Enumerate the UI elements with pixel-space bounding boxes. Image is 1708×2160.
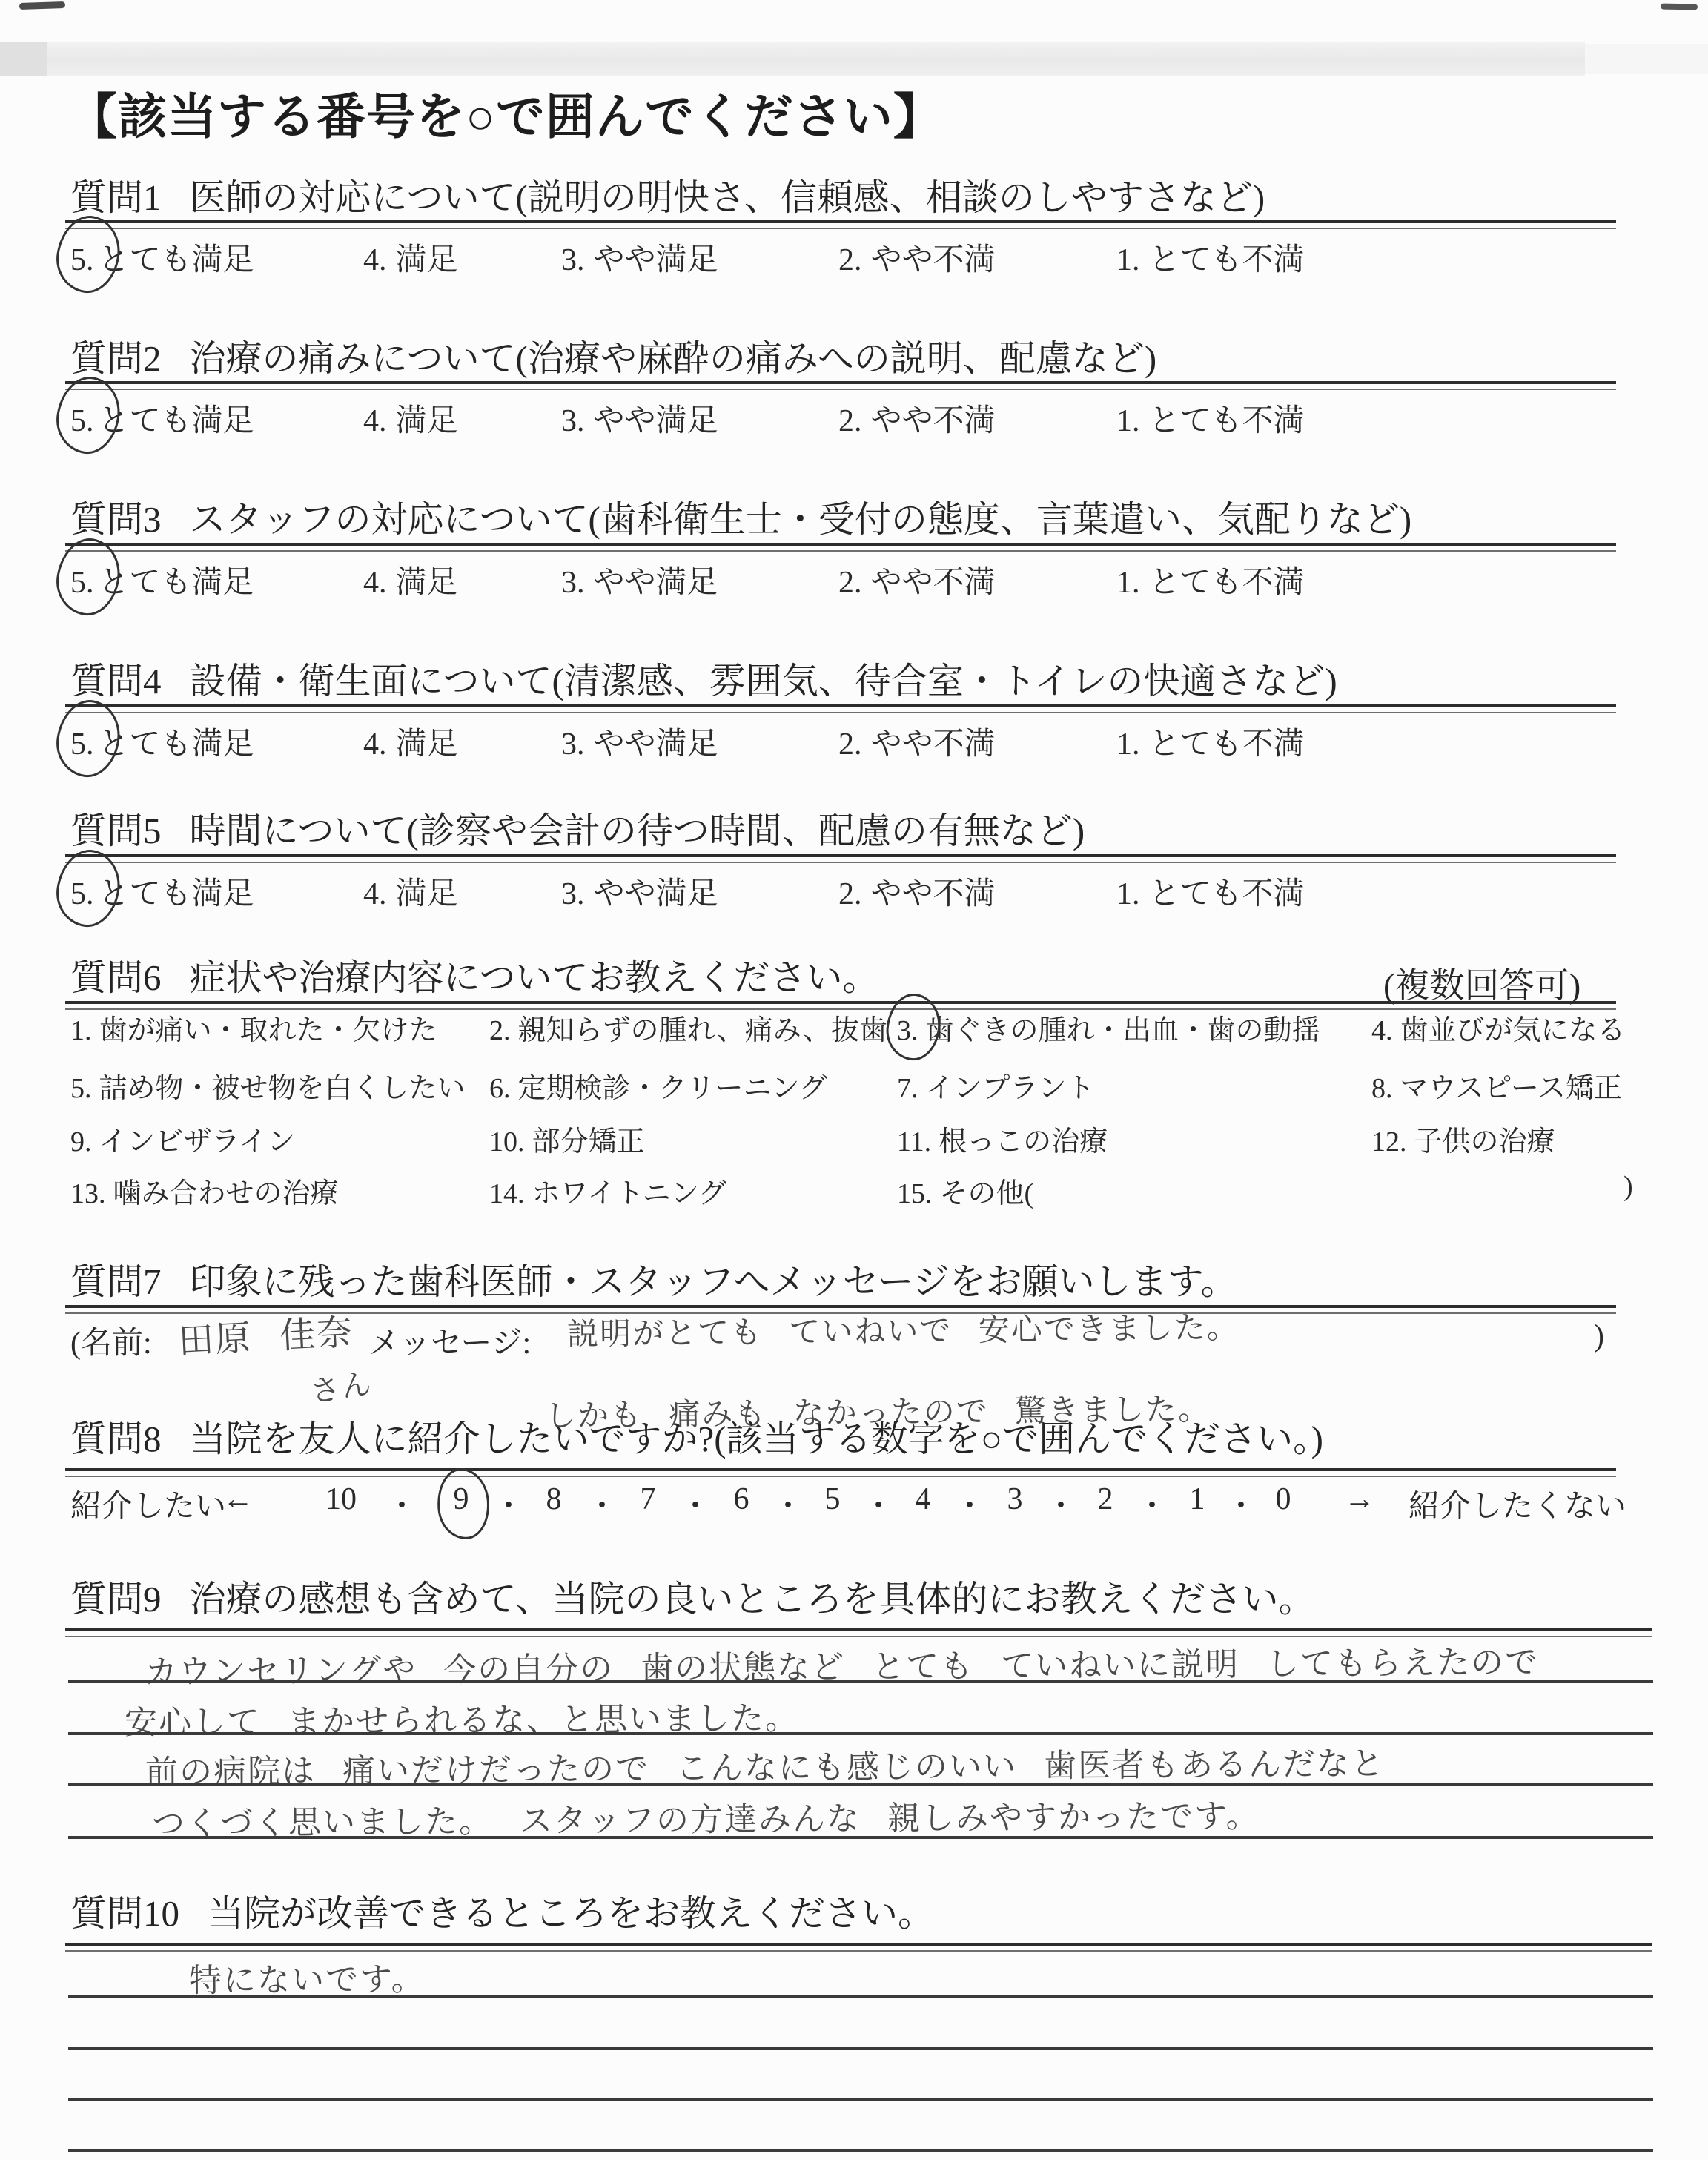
- option-number: 4.: [363, 243, 387, 277]
- option-number: 4.: [363, 877, 387, 911]
- symptom-item-9: 9.インビザライン: [70, 1118, 295, 1159]
- option-4-satisfied: 4.満足: [363, 235, 458, 280]
- option-label: 満足: [396, 243, 458, 277]
- item-label: インビザライン: [99, 1126, 296, 1157]
- option-label: とても満足: [99, 877, 254, 911]
- item-label: 詰め物・被せ物を白くしたい: [99, 1073, 466, 1104]
- question-7-heading: 質問7印象に残った歯科医師・スタッフへメッセージをお願いします。: [70, 1261, 1237, 1304]
- option-label: とても不満: [1149, 727, 1305, 762]
- item-label: 歯ぐきの腫れ・出血・歯の動揺: [926, 1015, 1320, 1046]
- question-10-text: 当院が改善できるところをお教えください。: [208, 1893, 934, 1934]
- question-6-row-2: 5.詰め物・被せ物を白くしたい 6.定期検診・クリーニング 7.インプラント 8…: [70, 1065, 1664, 1106]
- item-number: 12.: [1371, 1126, 1407, 1157]
- option-1-very-dissatisfied: 1.とても不満: [1116, 396, 1305, 440]
- question-1-rule: [65, 220, 1616, 229]
- item-label: 根っこの治療: [939, 1126, 1108, 1157]
- option-label: とても満足: [99, 727, 254, 762]
- name-field-prefix: (名前:: [70, 1318, 152, 1363]
- question-2-options: 5.とても満足 4.満足 3.やや満足 2.やや不満 1.とても不満: [70, 396, 1642, 448]
- left-arrow-icon: ←: [222, 1482, 254, 1517]
- option-5-very-satisfied: 5.とても満足: [70, 396, 254, 440]
- option-label: やや不満: [871, 404, 996, 438]
- option-label: やや不満: [871, 727, 996, 762]
- symptom-item-14: 14.ホワイトニング: [489, 1170, 726, 1211]
- question-8-label: 質問8: [70, 1418, 162, 1459]
- item-number: 10.: [489, 1126, 525, 1157]
- question-9-heading: 質問9治療の感想も含めて、当院の良いところを具体的にお教えください。: [70, 1578, 1315, 1622]
- question-3-options: 5.とても満足 4.満足 3.やや満足 2.やや不満 1.とても不満: [70, 558, 1642, 610]
- scan-artifact-edge: [0, 42, 47, 76]
- option-3-somewhat-satisfied: 3.やや満足: [561, 396, 718, 440]
- option-label: とても満足: [99, 566, 254, 600]
- question-5-label: 質問5: [70, 810, 162, 851]
- answer-rule: [68, 1680, 1653, 1683]
- question-6-row-3: 9.インビザライン 10.部分矯正 11.根っこの治療 12.子供の治療: [70, 1118, 1664, 1160]
- answer-rule: [68, 1732, 1653, 1735]
- item-label: マウスピース矯正: [1400, 1073, 1622, 1104]
- question-8-rule: [65, 1468, 1616, 1477]
- option-1-very-dissatisfied: 1.とても不満: [1116, 869, 1305, 914]
- option-4-satisfied: 4.満足: [363, 869, 458, 914]
- item-label: インプラント: [926, 1073, 1095, 1104]
- option-number: 5.: [70, 243, 94, 277]
- symptom-item-11: 11.根っこの治療: [897, 1118, 1108, 1159]
- question-6-row-4: 13.噛み合わせの治療 14.ホワイトニング 15.その他( ): [70, 1170, 1664, 1212]
- question-9-text: 治療の感想も含めて、当院の良いところを具体的にお教えください。: [190, 1579, 1315, 1619]
- item-number: 7.: [897, 1073, 918, 1104]
- question-10-rule: [65, 1943, 1652, 1952]
- option-label: 満足: [396, 877, 458, 911]
- item-number: 8.: [1371, 1073, 1393, 1104]
- question-6-label: 質問6: [70, 957, 162, 998]
- symptom-item-1: 1.歯が痛い・取れた・欠けた: [70, 1007, 437, 1048]
- item-number: 14.: [489, 1178, 525, 1209]
- item-number: 5.: [70, 1073, 92, 1104]
- option-3-somewhat-satisfied: 3.やや満足: [561, 869, 718, 914]
- option-number: 1.: [1116, 877, 1140, 911]
- question-9-label: 質問9: [70, 1579, 162, 1619]
- item-label: 部分矯正: [532, 1126, 645, 1157]
- question-4-options: 5.とても満足 4.満足 3.やや満足 2.やや不満 1.とても不満: [70, 719, 1642, 771]
- page-title: 【該当する番号を○で囲んでください】: [68, 77, 943, 148]
- item-number: 9.: [70, 1126, 92, 1157]
- scale-dot: ・: [772, 1482, 802, 1526]
- question-4-label: 質問4: [70, 661, 162, 701]
- option-2-somewhat-dissatisfied: 2.やや不満: [838, 719, 996, 764]
- question-2-rule: [65, 381, 1616, 390]
- option-label: とても不満: [1149, 243, 1305, 277]
- scale-number-text: 9: [454, 1482, 469, 1516]
- scale-number-2: 2: [1072, 1482, 1139, 1517]
- option-number: 4.: [363, 404, 387, 438]
- scan-corner-mark-right: [1661, 4, 1698, 10]
- question-6-heading: 質問6症状や治療内容についてお教えください。: [70, 957, 879, 1000]
- question-5-rule: [65, 854, 1616, 863]
- scale-dot: ・: [586, 1482, 616, 1526]
- option-number: 3.: [561, 727, 585, 762]
- option-5-very-satisfied: 5.とても満足: [70, 869, 254, 914]
- option-number: 3.: [561, 877, 585, 911]
- option-4-satisfied: 4.満足: [363, 396, 458, 440]
- question-2-label: 質問2: [70, 338, 162, 379]
- item-number: 1.: [70, 1015, 92, 1046]
- option-5-very-satisfied: 5.とても満足: [70, 235, 254, 280]
- option-number: 3.: [561, 404, 585, 438]
- option-label: 満足: [396, 566, 458, 600]
- scale-number-6: 6: [708, 1482, 775, 1517]
- question-3-text: スタッフの対応について(歯科衛生士・受付の態度、言葉遣い、気配りなど): [190, 499, 1412, 540]
- answer-rule: [68, 2098, 1653, 2101]
- option-label: やや満足: [594, 404, 718, 438]
- message-field-label: メッセージ:: [368, 1318, 531, 1363]
- item-number: 13.: [70, 1178, 106, 1209]
- question-5-heading: 質問5時間について(診察や会計の待つ時間、配慮の有無など): [70, 810, 1085, 853]
- item-number: 2.: [489, 1015, 511, 1046]
- item-label: 歯が痛い・取れた・欠けた: [99, 1015, 437, 1046]
- scale-dot: ・: [680, 1482, 709, 1526]
- question-7-text: 印象に残った歯科医師・スタッフへメッセージをお願いします。: [190, 1261, 1237, 1302]
- option-1-very-dissatisfied: 1.とても不満: [1116, 719, 1305, 764]
- right-arrow-icon: →: [1344, 1482, 1375, 1517]
- option-label: やや満足: [594, 727, 718, 762]
- option-label: 満足: [396, 727, 458, 762]
- symptom-item-15-other: 15.その他(: [897, 1170, 1033, 1211]
- option-number: 5.: [70, 877, 94, 911]
- option-3-somewhat-satisfied: 3.やや満足: [561, 719, 718, 764]
- item-number: 3.: [897, 1015, 918, 1046]
- item-label: 歯並びが気になる: [1400, 1015, 1626, 1046]
- scale-number-0: 0: [1250, 1482, 1317, 1517]
- symptom-item-4: 4.歯並びが気になる: [1371, 1007, 1626, 1048]
- option-number: 2.: [838, 566, 862, 600]
- question-2-heading: 質問2治療の痛みについて(治療や麻酔の痛みへの説明、配慮など): [70, 337, 1156, 381]
- item-label: ホワイトニング: [532, 1178, 727, 1209]
- scale-number-4: 4: [890, 1482, 956, 1517]
- option-number: 2.: [838, 243, 862, 277]
- scan-corner-mark-left: [19, 1, 65, 10]
- option-3-somewhat-satisfied: 3.やや満足: [561, 235, 718, 280]
- question-1-text: 医師の対応について(説明の明快さ、信頼感、相談のしやすさなど): [190, 177, 1265, 218]
- name-field-close-paren: ): [1594, 1318, 1604, 1354]
- scale-dot: ・: [1136, 1482, 1166, 1526]
- option-label: とても不満: [1149, 877, 1305, 911]
- symptom-item-13: 13.噛み合わせの治療: [70, 1170, 339, 1211]
- item-label: 子供の治療: [1414, 1126, 1555, 1157]
- symptom-item-15-close-paren: ): [1623, 1170, 1633, 1203]
- question-8-heading: 質問8当院を友人に紹介したいですか?(該当する数字を○で囲んでください。): [70, 1418, 1323, 1462]
- option-number: 1.: [1116, 566, 1140, 600]
- item-label: その他(: [940, 1178, 1034, 1209]
- scan-artifact-tail: [1585, 44, 1708, 74]
- scale-dot: ・: [863, 1482, 893, 1526]
- option-number: 5.: [70, 566, 94, 600]
- scale-number-9-selected: 9: [428, 1482, 494, 1517]
- option-5-very-satisfied: 5.とても満足: [70, 558, 254, 602]
- option-label: やや不満: [871, 566, 996, 600]
- item-number: 4.: [1371, 1015, 1393, 1046]
- scale-left-label: 紹介したい: [70, 1482, 226, 1526]
- option-number: 4.: [363, 566, 387, 600]
- scale-number-10: 10: [308, 1482, 374, 1517]
- scale-dot: ・: [954, 1482, 984, 1526]
- item-label: 噛み合わせの治療: [113, 1178, 339, 1209]
- question-3-rule: [65, 543, 1616, 552]
- option-2-somewhat-dissatisfied: 2.やや不満: [838, 558, 996, 602]
- option-label: とても不満: [1149, 404, 1305, 438]
- question-4-text: 設備・衛生面について(清潔感、雰囲気、待合室・トイレの快適さなど): [190, 661, 1337, 701]
- recommend-scale: 紹介したい ← 10 ・ 9 ・ 8 ・ 7 ・ 6 ・ 5 ・ 4 ・ 3 ・…: [70, 1482, 1657, 1548]
- option-number: 3.: [561, 566, 585, 600]
- symptom-item-5: 5.詰め物・被せ物を白くしたい: [70, 1065, 466, 1106]
- option-number: 5.: [70, 727, 94, 762]
- option-5-very-satisfied: 5.とても満足: [70, 719, 254, 764]
- scale-number-1: 1: [1164, 1482, 1231, 1517]
- question-1-options: 5.とても満足 4.満足 3.やや満足 2.やや不満 1.とても不満: [70, 235, 1642, 287]
- scan-artifact-band: [0, 42, 1585, 76]
- item-label: 定期検診・クリーニング: [518, 1073, 827, 1104]
- symptom-item-2: 2.親知らずの腫れ、痛み、抜歯: [489, 1007, 887, 1048]
- question-3-label: 質問3: [70, 499, 162, 540]
- scale-dot: ・: [1045, 1482, 1075, 1526]
- option-number: 5.: [70, 404, 94, 438]
- option-label: やや満足: [594, 243, 718, 277]
- option-number: 2.: [838, 877, 862, 911]
- question-10-heading: 質問10当院が改善できるところをお教えください。: [70, 1892, 934, 1936]
- answer-rule: [68, 1783, 1653, 1786]
- option-number: 2.: [838, 404, 862, 438]
- option-number: 1.: [1116, 404, 1140, 438]
- item-label: 親知らずの腫れ、痛み、抜歯: [518, 1015, 888, 1046]
- scale-number-7: 7: [615, 1482, 681, 1517]
- scale-right-label: 紹介したくない: [1409, 1482, 1626, 1526]
- option-2-somewhat-dissatisfied: 2.やや不満: [838, 869, 996, 914]
- name-honorific-handwritten: さん: [307, 1360, 375, 1411]
- scale-number-5: 5: [799, 1482, 866, 1517]
- option-label: やや満足: [594, 877, 718, 911]
- question-6-note: (複数回答可): [1383, 958, 1580, 1008]
- option-label: とても満足: [99, 243, 254, 277]
- message-line-1-handwritten: 説明がとても ていねいで 安心できました。: [567, 1303, 1239, 1354]
- scale-number-8: 8: [520, 1482, 587, 1517]
- question-7-label: 質問7: [70, 1261, 162, 1302]
- name-field-value-handwritten: 田原 佳奈: [176, 1304, 355, 1364]
- answer-rule: [68, 1995, 1653, 1998]
- option-number: 2.: [838, 727, 862, 762]
- question-6-text: 症状や治療内容についてお教えください。: [190, 957, 879, 998]
- option-4-satisfied: 4.満足: [363, 558, 458, 602]
- question-1-heading: 質問1医師の対応について(説明の明快さ、信頼感、相談のしやすさなど): [70, 176, 1265, 220]
- answer-rule: [68, 2047, 1653, 2050]
- option-2-somewhat-dissatisfied: 2.やや不満: [838, 396, 996, 440]
- option-3-somewhat-satisfied: 3.やや満足: [561, 558, 718, 602]
- q9-answer-line-2-handwritten: 安心して まかせられるな、と思いました。: [125, 1691, 799, 1743]
- question-3-heading: 質問3スタッフの対応について(歯科衛生士・受付の態度、言葉遣い、気配りなど): [70, 498, 1411, 542]
- option-number: 3.: [561, 243, 585, 277]
- symptom-item-10: 10.部分矯正: [489, 1118, 645, 1159]
- option-4-satisfied: 4.満足: [363, 719, 458, 764]
- symptom-item-7: 7.インプラント: [897, 1065, 1095, 1106]
- option-label: とても不満: [1149, 566, 1305, 600]
- question-1-label: 質問1: [70, 177, 162, 218]
- option-label: やや不満: [871, 243, 996, 277]
- option-number: 1.: [1116, 727, 1140, 762]
- option-label: やや不満: [871, 877, 996, 911]
- option-1-very-dissatisfied: 1.とても不満: [1116, 558, 1305, 602]
- option-number: 1.: [1116, 243, 1140, 277]
- question-10-label: 質問10: [70, 1893, 179, 1934]
- option-label: とても満足: [99, 404, 254, 438]
- symptom-item-6: 6.定期検診・クリーニング: [489, 1065, 827, 1106]
- option-label: やや満足: [594, 566, 718, 600]
- scanned-survey-page: 【該当する番号を○で囲んでください】 質問1医師の対応について(説明の明快さ、信…: [0, 0, 1708, 2160]
- scale-number-3: 3: [982, 1482, 1048, 1517]
- question-5-text: 時間について(診察や会計の待つ時間、配慮の有無など): [190, 810, 1085, 851]
- option-number: 4.: [363, 727, 387, 762]
- option-2-somewhat-dissatisfied: 2.やや不満: [838, 235, 996, 280]
- option-label: 満足: [396, 404, 458, 438]
- scale-dot: ・: [386, 1482, 416, 1526]
- q9-answer-line-1-handwritten: カウンセリングや 今の自分の 歯の状態など とても ていねいに説明 してもらえた…: [145, 1635, 1539, 1692]
- item-number: 15.: [897, 1178, 933, 1209]
- answer-rule: [68, 2149, 1653, 2152]
- scale-dot: ・: [493, 1482, 523, 1526]
- item-number: 11.: [897, 1126, 931, 1157]
- question-4-rule: [65, 704, 1616, 713]
- symptom-item-8: 8.マウスピース矯正: [1371, 1065, 1622, 1106]
- option-1-very-dissatisfied: 1.とても不満: [1116, 235, 1305, 280]
- question-8-text: 当院を友人に紹介したいですか?(該当する数字を○で囲んでください。): [190, 1418, 1323, 1459]
- question-6-row-1: 1.歯が痛い・取れた・欠けた 2.親知らずの腫れ、痛み、抜歯 3.歯ぐきの腫れ・…: [70, 1007, 1664, 1048]
- answer-rule: [68, 1836, 1653, 1839]
- item-number: 6.: [489, 1073, 511, 1104]
- question-5-options: 5.とても満足 4.満足 3.やや満足 2.やや不満 1.とても不満: [70, 869, 1642, 921]
- question-4-heading: 質問4設備・衛生面について(清潔感、雰囲気、待合室・トイレの快適さなど): [70, 660, 1337, 704]
- symptom-item-3-selected: 3.歯ぐきの腫れ・出血・歯の動揺: [897, 1007, 1320, 1048]
- question-2-text: 治療の痛みについて(治療や麻酔の痛みへの説明、配慮など): [190, 338, 1157, 379]
- symptom-item-12: 12.子供の治療: [1371, 1118, 1555, 1159]
